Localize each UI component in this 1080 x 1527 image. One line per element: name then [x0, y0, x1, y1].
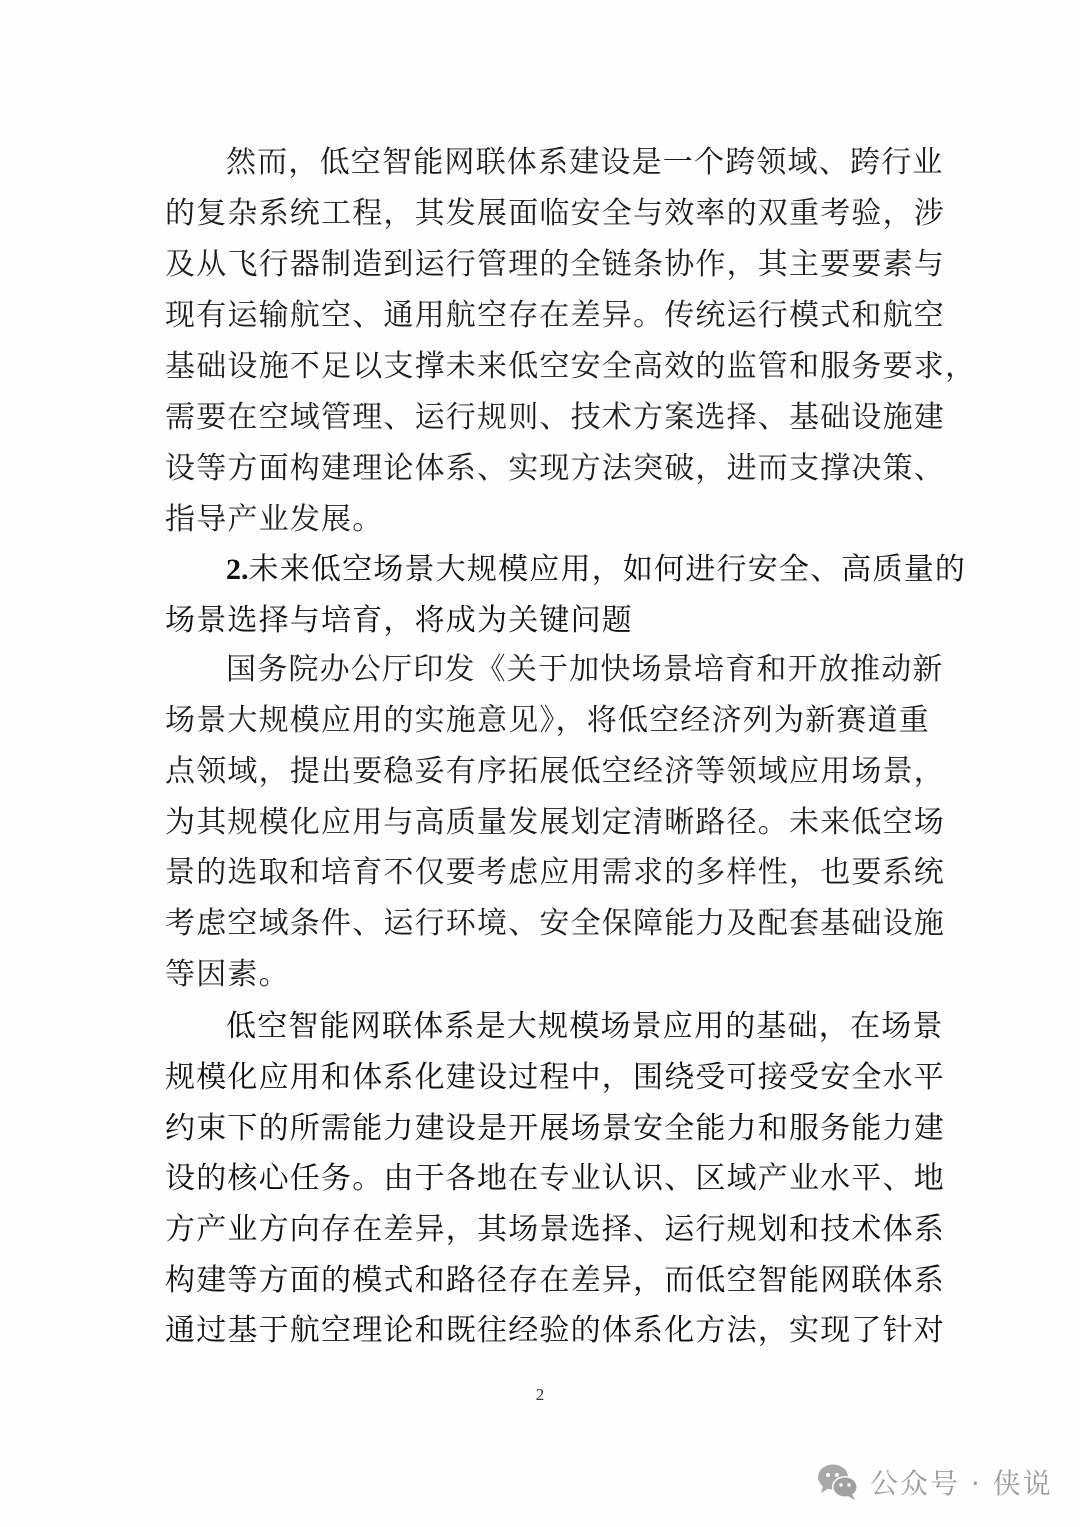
- text-line: 景的选取和培育不仅要考虑应用需求的多样性，也要系统: [165, 853, 925, 893]
- text-line: 构建等方面的模式和路径存在差异，而低空智能网联体系: [165, 1261, 925, 1301]
- page-number: 2: [530, 1380, 550, 1410]
- heading-line: 2.未来低空场景大规模应用，如何进行安全、高质量的: [226, 550, 986, 590]
- text-line: 约束下的所需能力建设是开展场景安全能力和服务能力建: [165, 1109, 925, 1149]
- heading-number: 2.: [226, 553, 249, 586]
- text-line: 然而，低空智能网联体系建设是一个跨领域、跨行业: [226, 143, 986, 183]
- text-line: 设的核心任务。由于各地在专业认识、区域产业水平、地: [165, 1159, 925, 1199]
- text-line: 方产业方向存在差异，其场景选择、运行规划和技术体系: [165, 1210, 925, 1250]
- text-line: 国务院办公厅印发《关于加快场景培育和开放推动新: [226, 650, 986, 690]
- document-page: 然而，低空智能网联体系建设是一个跨领域、跨行业 的复杂系统工程，其发展面临安全与…: [0, 0, 1080, 1527]
- text-line: 指导产业发展。: [165, 500, 925, 540]
- text-line: 及从飞行器制造到运行管理的全链条协作，其主要要素与: [165, 245, 925, 285]
- text-line: 规模化应用和体系化建设过程中，围绕受可接受安全水平: [165, 1058, 925, 1098]
- text-line: 需要在空域管理、运行规则、技术方案选择、基础设施建: [165, 398, 925, 438]
- text-line: 现有运输航空、通用航空存在差异。传统运行模式和航空: [165, 296, 925, 336]
- text-line: 通过基于航空理论和既往经验的体系化方法，实现了针对: [165, 1311, 925, 1351]
- heading-line: 场景选择与培育，将成为关键问题: [165, 601, 925, 641]
- heading-text: 未来低空场景大规模应用，如何进行安全、高质量的: [249, 552, 967, 587]
- text-line: 设等方面构建理论体系、实现方法突破，进而支撑决策、: [165, 449, 925, 489]
- text-line: 考虑空域条件、运行环境、安全保障能力及配套基础设施: [165, 904, 925, 944]
- watermark-text: 公众号 · 侠说: [870, 1462, 1053, 1502]
- text-line: 基础设施不足以支撑未来低空安全高效的监管和服务要求，: [165, 347, 925, 387]
- text-line: 点领域，提出要稳妥有序拓展低空经济等领域应用场景，: [165, 752, 925, 792]
- text-line: 场景大规模应用的实施意见》，将低空经济列为新赛道重: [165, 701, 925, 741]
- text-line: 的复杂系统工程，其发展面临安全与效率的双重考验，涉: [165, 194, 925, 234]
- wechat-icon: [816, 1462, 860, 1502]
- text-line: 等因素。: [165, 955, 925, 995]
- text-line: 为其规模化应用与高质量发展划定清晰路径。未来低空场: [165, 803, 925, 843]
- watermark: 公众号 · 侠说: [816, 1460, 1053, 1504]
- text-line: 低空智能网联体系是大规模场景应用的基础，在场景: [226, 1007, 986, 1047]
